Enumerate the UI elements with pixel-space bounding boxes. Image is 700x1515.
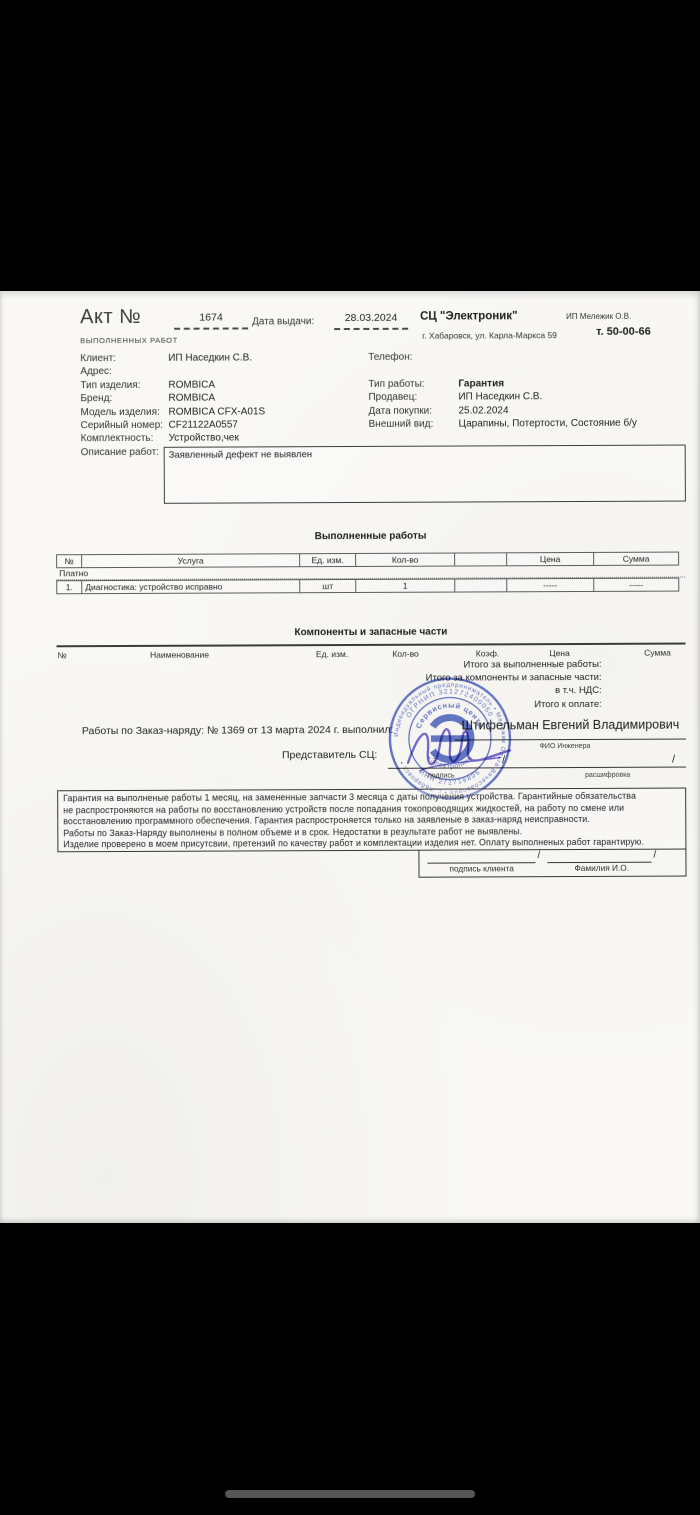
field-brand: Бренд:ROMBICA xyxy=(80,391,360,406)
cell-price: ----- xyxy=(506,578,594,592)
field-telephone: Телефон: xyxy=(368,350,684,365)
home-indicator[interactable] xyxy=(225,1490,475,1498)
spacer-row xyxy=(368,363,684,378)
field-product-type: Тип изделия:ROMBICA xyxy=(80,378,360,393)
parts-table-title: Компоненты и запасные части xyxy=(56,626,685,640)
phone-number: т. 50-00-66 xyxy=(596,326,651,338)
client-info-right: Телефон: Тип работы:Гарантия Продавец:ИП… xyxy=(368,350,684,432)
slash-mark: / xyxy=(653,850,656,861)
cell-unit: шт xyxy=(299,579,356,593)
phone-screenshot: Акт № ВЫПОЛНЕННЫХ РАБОТ 1674 Дата выдачи… xyxy=(0,0,700,1515)
decode-caption: расшифровка xyxy=(585,772,630,779)
col-name: Наименование xyxy=(130,650,230,660)
works-table-title: Выполненные работы xyxy=(56,530,685,544)
slash-mark: / xyxy=(537,850,540,861)
service-center-address: г. Хабаровск, ул. Карла-Маркса 59 xyxy=(422,330,557,341)
field-label: Тип работы: xyxy=(368,377,458,391)
works-table-row: 1. Диагностика: устройство исправно шт 1… xyxy=(56,578,685,595)
field-value: Устройство,чек xyxy=(169,432,239,446)
field-label: Адрес: xyxy=(80,365,168,379)
field-label: Тип изделия: xyxy=(80,379,168,393)
doc-title: Акт № xyxy=(80,306,141,329)
field-seller: Продавец:ИП Наседкин С.В. xyxy=(368,390,684,405)
owner-name: ИП Мележик О.В. xyxy=(566,312,631,321)
field-value: ROMBICA CFX-A01S xyxy=(168,405,265,419)
handwritten-signature xyxy=(400,710,520,781)
service-center-name: СЦ "Электроник" xyxy=(420,310,518,322)
col-unit: Ед. изм. xyxy=(310,649,355,659)
field-value: ROMBICA xyxy=(168,392,215,406)
field-purchase-date: Дата покупки:25.02.2024 xyxy=(368,403,684,418)
field-label: Бренд: xyxy=(80,392,168,406)
parts-table-topline xyxy=(57,643,686,648)
work-description-text: Заявленный дефект не выявлен xyxy=(165,446,685,463)
issue-date-value: 28.03.2024 xyxy=(334,312,408,324)
cell-sum: ----- xyxy=(593,578,679,592)
client-name-caption: Фамилия И.О. xyxy=(574,863,629,873)
work-description-box: Заявленный дефект не выявлен xyxy=(164,445,686,504)
col-coef: Коэф. xyxy=(462,648,514,658)
col-qty: Кол-во xyxy=(380,649,432,659)
field-work-type: Тип работы:Гарантия xyxy=(368,376,684,391)
field-value: 25.02.2024 xyxy=(458,404,508,418)
field-model: Модель изделия:ROMBICA CFX-A01S xyxy=(80,405,360,420)
field-label: Дата покупки: xyxy=(368,404,458,418)
act-number: 1674 xyxy=(176,311,246,323)
col-price: Цена xyxy=(535,648,585,658)
act-number-underline xyxy=(174,327,248,329)
field-label: Внешний вид: xyxy=(369,418,459,432)
field-label: Продавец: xyxy=(368,391,458,405)
document-scan: Акт № ВЫПОЛНЕННЫХ РАБОТ 1674 Дата выдачи… xyxy=(0,291,700,1223)
field-client: Клиент:ИП Наседкин С.В. xyxy=(80,351,360,366)
col-sum: Сумма xyxy=(593,552,679,566)
field-label: Клиент: xyxy=(80,352,168,366)
client-sign-caption: подпись клиента xyxy=(449,863,513,873)
col-qty: Кол-во xyxy=(355,553,455,567)
client-signature-strip: / / подпись клиента Фамилия И.О. xyxy=(418,850,686,878)
issue-date-underline xyxy=(334,328,408,330)
slash-mark: / xyxy=(672,754,675,766)
order-reference-line: Работы по Заказ-наряду: № 1369 от 13 мар… xyxy=(82,724,394,737)
field-value: ИП Наседкин С.В. xyxy=(168,351,252,365)
field-value: ROMBICA xyxy=(168,378,215,392)
issue-date-label: Дата выдачи: xyxy=(252,316,314,327)
works-table: № Услуга Ед. изм. Кол-во Цена Сумма Плат… xyxy=(56,552,685,595)
field-value: ИП Наседкин С.В. xyxy=(458,390,542,404)
field-label: Комплектность: xyxy=(81,432,169,446)
field-value: Царапины, Потертости, Состояние б/у xyxy=(459,417,637,431)
col-number: № xyxy=(56,554,82,568)
field-label: Описание работ: xyxy=(81,446,169,460)
col-number: № xyxy=(58,650,67,660)
cell-blank xyxy=(454,578,507,592)
field-value: Гарантия xyxy=(458,377,504,391)
field-label: Модель изделия: xyxy=(80,405,168,419)
field-address: Адрес: xyxy=(80,364,360,379)
cell-number: 1. xyxy=(56,580,82,594)
field-serial: Серийный номер:CF21122A0557 xyxy=(81,418,361,433)
col-service: Услуга xyxy=(81,553,300,568)
field-appearance: Внешний вид:Царапины, Потертости, Состоя… xyxy=(369,417,685,432)
field-value: CF21122A0557 xyxy=(169,419,238,433)
field-label: Серийный номер: xyxy=(81,419,169,433)
field-label: Телефон: xyxy=(368,351,458,365)
col-blank xyxy=(454,552,507,566)
col-price: Цена xyxy=(506,552,594,566)
field-completeness: Комплектность:Устройство,чек xyxy=(81,431,361,446)
doc-subtitle: ВЫПОЛНЕННЫХ РАБОТ xyxy=(80,336,178,345)
representative-label: Представитель СЦ: xyxy=(282,749,377,761)
cell-qty: 1 xyxy=(355,579,455,593)
client-info-left: Клиент:ИП Наседкин С.В. Адрес: Тип издел… xyxy=(80,351,360,459)
warranty-terms-box: Гарантия на выполненые работы 1 месяц, н… xyxy=(57,788,686,853)
cell-service: Диагностика: устройство исправно xyxy=(81,579,300,594)
col-unit: Ед. изм. xyxy=(299,553,356,567)
col-sum: Сумма xyxy=(633,648,683,658)
